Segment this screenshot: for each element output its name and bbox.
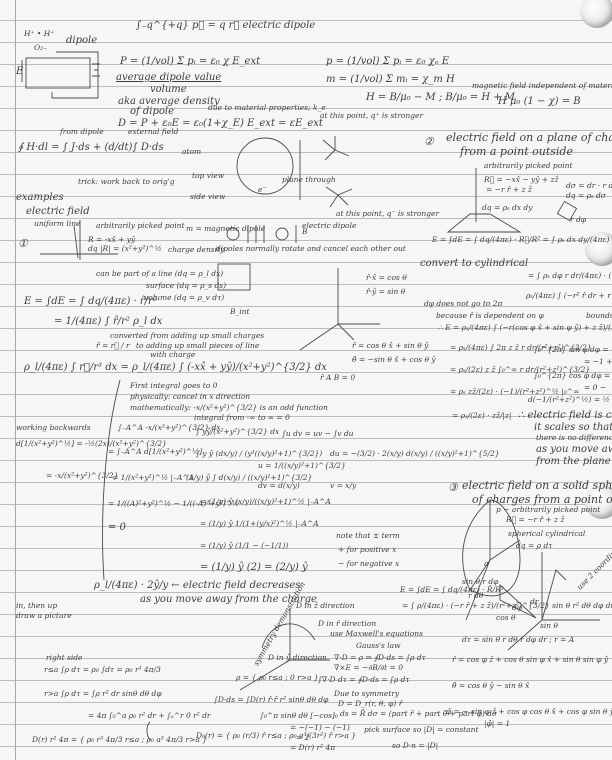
r-gt-a-equation: r>a ∫ρ dτ = ∫ρ r² dr sinθ dθ dφ <box>44 690 162 698</box>
conclusion-line3: there is no difference <box>536 434 612 442</box>
volume-text: volume <box>150 84 187 95</box>
uniform-line-label: uniform line <box>34 220 81 228</box>
four-pi-equation: = 4π ∫₀^a ρ₀ r² dr + ∫ₐ^r 0 r² dr <box>88 712 211 720</box>
d-r4pi: = D(r) r² 4π <box>290 744 335 752</box>
d-in-y-label: D in ŷ direction <box>268 654 327 662</box>
ratio-line-equation: ρ_l/(4πε) ∫ r⃗/r³ dx = ρ_l/(4πε) ∫ (-xx̂… <box>24 362 327 373</box>
magnetic-dipole-label: m = magnetic dipole <box>186 225 265 233</box>
o2-label: O₂₋ <box>34 44 47 52</box>
magnetic-independent-text: magnetic field independent of material <box>472 82 612 90</box>
rhs-step: = (1/y) ŷ 1/(1+(y/x)²)^½ |₋A^A <box>200 520 319 528</box>
electric-field-heading: electric field <box>26 206 90 217</box>
d-in-z-label: D in ẑ direction <box>296 602 355 610</box>
conclusion-line1: ∴ electric field is constant <box>518 410 612 421</box>
minus-one: = −1 + <box>584 358 612 366</box>
cylindrical-equation: = ∫ ρₛ dφ r dr/(4πε) · (−r r̂ + z ẑ)/(r²… <box>528 272 612 280</box>
integration-by-parts: ∫u dv = uv − ∫v du <box>282 430 354 438</box>
field-label: E <box>16 66 23 77</box>
conclusion-line5: from the plane <box>536 456 611 467</box>
sphere-title: electric field on a solid sphere <box>462 480 612 492</box>
dtau-equation: dτ = sin θ r dθ r dφ dr ; r = A <box>462 636 574 644</box>
working-backwards-label: working backwards <box>16 424 91 432</box>
v-equation: v = x/y <box>330 482 356 490</box>
due-to-material-text: due to material properties; k_e <box>208 104 326 112</box>
in-then-up-text: in, then up <box>16 602 57 610</box>
d-fraction: d(−1/(r²+z²)^½) = ½ · 1/(r²+z²)^{3/2} <box>528 396 612 404</box>
side-view-label: side view <box>190 193 225 201</box>
e-integral-equation: E = ∫dE = ∫ dq/(4πε) · r̂/r² <box>24 296 157 307</box>
final-line-equation: ρ_l/(4πε) · 2ŷ/y ← electric field decrea… <box>94 580 300 591</box>
physically-text: physically: cancel in x direction <box>130 393 250 401</box>
bounds-label: bounds <box>586 312 612 320</box>
due-to-symmetry-text: Due to symmetry <box>334 690 399 698</box>
cos-integral: ∫₀^{2π} cos φ dφ = sin φ <box>534 372 612 380</box>
rhs-step: ∫ yŷ/(x²+y²)^{3/2} dx <box>196 428 279 436</box>
sphere-r-vector: R⃗ = −r r̂ + z ẑ <box>506 516 564 524</box>
dipole-label: dipole <box>66 35 97 46</box>
moment-m-equation: m = (1/vol) Σ mᵢ = χ_m H <box>326 74 455 85</box>
surface-integral: ∫D·ds = ∫D(r) r̂·r̂ r² sinθ dθ dφ <box>214 696 328 704</box>
sin-value: = −(−1) − (−1) <box>290 724 350 732</box>
plane-title: electric field on a plane of charges <box>446 132 612 144</box>
r-dot-y: r̂·ŷ = sin θ <box>366 288 405 296</box>
dq-plane-label: dq = ρₛ dx dy <box>482 204 532 212</box>
convert-cylindrical-text: convert to cylindrical <box>420 258 528 269</box>
electric-dipole-label: electric dipole <box>302 222 356 230</box>
therefore-e-equation: ∴ E = ρₛ/(4πε) ∫ (−r(cos φ x̂ + sin φ ŷ)… <box>438 324 612 332</box>
rhs-step: ∫ y ŷ (dx/y) / (y³((x/y)²+1)^{3/2}) <box>196 450 322 458</box>
lhs-step: = ∫₋A^A d[1/(x²+y²)^½] <box>108 448 202 456</box>
d-symmetry-equation: D = D_r(r, θ, φ) r̂ <box>338 700 402 708</box>
d-of-r-equation: D(r) r² 4π = { ρ₀ r³ 4π/3 r≤a ; ρ₀ a³ 4π… <box>32 736 207 744</box>
external-field-text: external field <box>128 128 178 136</box>
r-hat-spherical: r̂ = cos φ ẑ + cos θ sin φ x̂ + sin θ si… <box>452 656 608 664</box>
surface-dq-text: surface (dq = ρ_s ds) <box>146 282 226 290</box>
rhs-step: = (1/y) ŷ (x/y)/((x/y)²+1)^½ |₋A^A <box>200 498 331 506</box>
line-r-vector: R = -xx̂ + yŷ <box>88 236 135 244</box>
conclusion-line2: it scales so that <box>534 422 612 433</box>
example-two-marker: ② <box>424 136 434 148</box>
electron-label: e⁻ <box>258 186 266 194</box>
draw-picture-text: draw a picture <box>16 612 72 620</box>
rhs-step: = (1/y) ŷ (2) = (2/y) ŷ <box>200 562 308 573</box>
phi-magnitude: |φ̂| = 1 <box>484 720 510 728</box>
div-d-equation: ∇·D = ρ ⇒ ∮D·ds = ∫ρ dτ <box>334 654 426 662</box>
divergence-theorem: ∫∇·D dτ = ∮D·ds = ∫ρ dτ <box>318 676 410 684</box>
zero-minus: = 0 − <box>584 384 606 392</box>
from-dipole-text: from dipole <box>60 128 104 136</box>
line-dq-text: can be part of a line (dq = ρ_l dx) <box>96 270 223 278</box>
r-hat-equation: r̂ = cos θ x̂ + sin θ ŷ <box>352 342 428 350</box>
conclusion-line4: as you move away <box>536 444 612 455</box>
q-plus-stronger-text: at this point, q⁺ is stronger <box>320 112 423 120</box>
rho-cases: ρ = { ρ₀ r≤a ; 0 r>a } <box>236 674 319 682</box>
with-charge-text: with charge <box>150 351 195 359</box>
notebook-page: H⁺ • H⁺ O₂₋ dipole E ∫₋q^{+q} p⃗ = q r⃗ … <box>0 0 612 760</box>
sketches <box>0 0 612 760</box>
pick-surface-text: pick surface so |D| = constant <box>364 726 478 734</box>
p-arbitrary-label: p − arbitrarily picked point <box>496 506 600 514</box>
u-equation: u = 1/((x/y)²+1)^{3/2} <box>258 462 346 470</box>
negative-x-text: − for negative x <box>338 560 399 568</box>
sin-integral: ∫₀^π sinθ dθ [−cos]₀ <box>260 712 338 720</box>
h-mu-equation: H μ₀ (1 − χ) = B <box>498 96 581 107</box>
e-plane-equation: E = ∫dE = ∫ dq/(4πε) · R⃗/R² = ∫ ρₛ dx d… <box>432 236 612 244</box>
d-sigma2-label: dq = ρₛ dσ <box>566 192 606 200</box>
positive-x-text: + for positive x <box>338 546 396 554</box>
plane-through-label: plane through <box>282 176 336 184</box>
example-three-marker: ③ <box>448 482 458 494</box>
spherical-label: spherical cylindrical <box>508 530 585 538</box>
working-backwards-eq2: = -x/(x²+y²)^{3/2} <box>46 472 118 480</box>
e-step4: = ρₛ/(2ε) · zẑ/|z| <box>452 412 511 420</box>
atom-label: atom <box>182 148 201 156</box>
margin-line <box>15 0 16 760</box>
e-sphere-equation: E = ∫dE = ∫ dq/(4πε) · R̂/R² <box>400 586 504 594</box>
sphere-radius-label: a <box>484 560 488 568</box>
lhs-step: = 1/(x²+y²)^½ |₋A^A <box>112 474 194 482</box>
sin-integral2: ∫₀^{2π} sin φ dφ = −cos <box>534 346 612 354</box>
right-side-label: right side <box>46 654 83 662</box>
of-dipole-text: of dipole <box>130 106 174 117</box>
plane-subtitle: from a point outside <box>460 146 573 158</box>
example-one-marker: ① <box>18 238 28 250</box>
so-dn-text: so D·n = |D| <box>392 742 438 750</box>
mathematically-text: mathematically: -x/(x²+y²)^{3/2} is an o… <box>130 404 328 412</box>
polarization-equation: P = (1/vol) Σ pᵢ = ε₀ χ E_ext <box>120 56 260 67</box>
rab-equation: r̂ A B = 0 <box>320 374 355 382</box>
first-integral-text: First integral goes to 0 <box>130 382 217 390</box>
examples-heading: examples <box>16 192 64 203</box>
converted-text: converted from adding up small charges <box>110 332 264 340</box>
molecule-label: H⁺ • H⁺ <box>24 30 54 38</box>
lhs-step: = 0 <box>108 522 126 533</box>
d-in-r-label: D in r̂ direction <box>318 620 376 628</box>
dq-sphere-label: dq = ρ dτ <box>516 542 552 550</box>
rhs-step: = (1/y) ŷ (1/1 − (−1/1)) <box>200 542 288 550</box>
punch-hole <box>580 0 612 28</box>
adding-line-text: to adding up small pieces of line <box>136 342 259 350</box>
sin-theta-label: sin θ <box>540 622 558 630</box>
ampere-law: ∮ H·dl = ∫ J·ds + (d/dt)∫ D·ds <box>18 142 164 153</box>
r-hat-definition: r̂ = r⃗ / r <box>96 342 130 350</box>
plane-r-vector: R⃗ = −xx̂ − yŷ + zẑ <box>484 176 558 184</box>
curl-e-equation: ∇×E = −∂B/∂t = 0 <box>334 664 403 672</box>
note-pm-text: note that ± term <box>336 532 400 540</box>
e-integral-step2: = 1/(4πε) ∫ r̂/r² ρ_l dx <box>54 316 162 327</box>
dv-equation: dv = d(x/y) <box>258 482 300 490</box>
because-text: because r̂ is dependent on φ <box>436 312 544 320</box>
q-minus-stronger-text: at this point, q⁻ is stronger <box>336 210 439 218</box>
cos-theta-label: cos θ <box>496 614 515 622</box>
d-sigma-label: dσ = dr · r dφ <box>566 182 612 190</box>
cylindrical-equation2: ρₛ/(4πε) ∫ (−r² r̂ dr + r z ẑ dr)/(r²+z²… <box>526 292 612 300</box>
dipole-definition: ∫₋q^{+q} p⃗ = q r⃗ electric dipole <box>136 20 315 31</box>
phi-hat-spherical: φ̂ = − sin φ ẑ + cos φ cos θ x̂ + cos φ … <box>446 708 612 716</box>
r-dphi-label: r dφ <box>570 216 586 224</box>
top-view-label: top view <box>192 172 224 180</box>
equals-two: = 2 <box>296 734 309 742</box>
d-cases-equation: D₀(r) = { ρ₀ (r/3) r̂ r≤a ; ρ₀ a³/(3r²) … <box>196 732 356 740</box>
e-sphere-equation2: = ∫ ρ/(4πε) · (−r r̂ + z ẑ)/(r²+z²)^{3/2… <box>402 602 612 610</box>
r-dot-x: r̂·x̂ = cos θ <box>366 274 407 282</box>
theta-hat-equation: θ̂ = −sin θ x̂ + cos θ ŷ <box>352 356 436 364</box>
dq-label: dq |R| = (x²+y²)^½ <box>88 245 162 253</box>
theta-hat-spherical: θ̂ = cos θ ŷ − sin θ x̂ <box>452 682 529 690</box>
use-maxwell-text: use Maxwell's equations <box>330 630 423 638</box>
dipoles-rotate-text: dipoles normally rotate and cancel each … <box>216 245 406 253</box>
r-le-a-equation: r≤a ∫ρ dτ = ρ₀ ∫dτ = ρ₀ r³ 4π/3 <box>44 666 161 674</box>
b-internal-label: B_int <box>230 308 250 316</box>
arbitrary-point2-label: arbitrarily picked point <box>484 162 572 170</box>
h-equation: H = B/μ₀ − M ; B/μ₀ = H + M <box>366 92 515 103</box>
gauss-law-text: Gauss's law <box>356 642 401 650</box>
trick-text: trick: work back to orig'g <box>78 178 175 186</box>
plane-r-vector2: = −r r̂ + z ẑ <box>486 186 532 194</box>
du-equation: du = −(3/2) · 2(x/y) d(x/y) / ((x/y)²+1)… <box>330 450 500 458</box>
average-dipole-text: average dipole value <box>116 72 221 83</box>
integral-zero-text: integral from -∞ to ∞ = 0 <box>194 414 290 422</box>
arbitrary-point-label: arbitrarily picked point <box>96 222 184 230</box>
phi-note: dφ does not go to 2π <box>424 300 502 308</box>
moment-p-equation: p = (1/vol) Σ pᵢ = ε₀ χₑ E <box>326 56 449 67</box>
